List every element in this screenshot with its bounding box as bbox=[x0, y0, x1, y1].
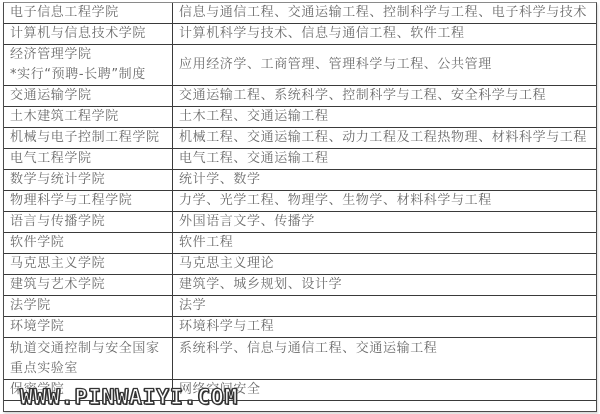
majors-cell: 土木工程、交通运输工程 bbox=[173, 107, 597, 128]
college-name: 软件学院 bbox=[10, 233, 172, 253]
college-cell: 土木建筑工程学院 bbox=[4, 107, 173, 128]
majors-cell: 马克思主义理论 bbox=[173, 254, 597, 275]
table-row: 保密学院 网络空间安全 bbox=[4, 380, 596, 401]
college-cell: 法学院 bbox=[4, 296, 173, 317]
majors-cell: 环境科学与工程 bbox=[173, 317, 597, 338]
college-name: 法学院 bbox=[10, 296, 172, 316]
majors-cell: 机械工程、交通运输工程、动力工程及工程热物理、材料科学与工程 bbox=[173, 128, 597, 149]
college-cell: 建筑与艺术学院 bbox=[4, 275, 173, 296]
table-row: 建筑与艺术学院 建筑学、城乡规划、设计学 bbox=[4, 275, 596, 296]
table-row: 轨道交通控制与安全国家 重点实验室 系统科学、信息与通信工程、交通运输工程 bbox=[4, 338, 596, 380]
majors-cell: 信息与通信工程、交通运输工程、控制科学与工程、电子科学与技术 bbox=[173, 3, 597, 24]
college-note: *实行“预聘-长聘”制度 bbox=[10, 65, 172, 85]
college-name: 物理科学与工程学院 bbox=[10, 191, 172, 211]
college-name: 建筑与艺术学院 bbox=[10, 275, 172, 295]
college-cell: 交通运输学院 bbox=[4, 86, 173, 107]
college-name: 机械与电子控制工程学院 bbox=[10, 128, 172, 148]
college-majors-table: 电子信息工程学院 信息与通信工程、交通运输工程、控制科学与工程、电子科学与技术 … bbox=[4, 3, 596, 401]
college-cell: 数学与统计学院 bbox=[4, 170, 173, 191]
majors-cell: 电气工程、交通运输工程 bbox=[173, 149, 597, 170]
table-row: 计算机与信息技术学院 计算机科学与技术、信息与通信工程、软件工程 bbox=[4, 24, 596, 45]
majors-cell: 系统科学、信息与通信工程、交通运输工程 bbox=[173, 338, 597, 380]
college-cell: 环境学院 bbox=[4, 317, 173, 338]
college-cell: 机械与电子控制工程学院 bbox=[4, 128, 173, 149]
majors-cell: 建筑学、城乡规划、设计学 bbox=[173, 275, 597, 296]
college-name: 语言与传播学院 bbox=[10, 212, 172, 232]
college-cell: 保密学院 bbox=[4, 380, 173, 401]
college-cell: 软件学院 bbox=[4, 233, 173, 254]
table-row: 土木建筑工程学院 土木工程、交通运输工程 bbox=[4, 107, 596, 128]
college-name: 电子信息工程学院 bbox=[10, 3, 172, 23]
college-cell: 物理科学与工程学院 bbox=[4, 191, 173, 212]
college-name: 交通运输学院 bbox=[10, 86, 172, 106]
table-row: 电子信息工程学院 信息与通信工程、交通运输工程、控制科学与工程、电子科学与技术 bbox=[4, 3, 596, 24]
college-cell: 轨道交通控制与安全国家 重点实验室 bbox=[4, 338, 173, 380]
majors-cell: 软件工程 bbox=[173, 233, 597, 254]
college-majors-table-sheet: 电子信息工程学院 信息与通信工程、交通运输工程、控制科学与工程、电子科学与技术 … bbox=[3, 2, 597, 412]
table-row: 交通运输学院 交通运输工程、系统科学、控制科学与工程、安全科学与工程 bbox=[4, 86, 596, 107]
table-row: 经济管理学院 *实行“预聘-长聘”制度 应用经济学、工商管理、管理科学与工程、公… bbox=[4, 45, 596, 86]
college-name: 土木建筑工程学院 bbox=[10, 107, 172, 127]
college-cell: 经济管理学院 *实行“预聘-长聘”制度 bbox=[4, 45, 173, 86]
college-name: 计算机与信息技术学院 bbox=[10, 24, 172, 44]
college-name: 数学与统计学院 bbox=[10, 170, 172, 190]
majors-cell: 应用经济学、工商管理、管理科学与工程、公共管理 bbox=[173, 45, 597, 86]
table-row: 物理科学与工程学院 力学、光学工程、物理学、生物学、材料科学与工程 bbox=[4, 191, 596, 212]
college-name: 经济管理学院 bbox=[10, 45, 172, 65]
majors-cell: 网络空间安全 bbox=[173, 380, 597, 401]
table-row: 电气工程学院 电气工程、交通运输工程 bbox=[4, 149, 596, 170]
table-row: 法学院 法学 bbox=[4, 296, 596, 317]
college-name: 保密学院 bbox=[10, 380, 172, 400]
college-name: 环境学院 bbox=[10, 317, 172, 337]
college-name: 电气工程学院 bbox=[10, 149, 172, 169]
table-row: 机械与电子控制工程学院 机械工程、交通运输工程、动力工程及工程热物理、材料科学与… bbox=[4, 128, 596, 149]
college-cell: 语言与传播学院 bbox=[4, 212, 173, 233]
college-cell: 电子信息工程学院 bbox=[4, 3, 173, 24]
majors-cell: 力学、光学工程、物理学、生物学、材料科学与工程 bbox=[173, 191, 597, 212]
majors-cell: 法学 bbox=[173, 296, 597, 317]
college-name: 马克思主义学院 bbox=[10, 254, 172, 274]
majors-cell: 计算机科学与技术、信息与通信工程、软件工程 bbox=[173, 24, 597, 45]
college-name: 轨道交通控制与安全国家 bbox=[10, 339, 172, 359]
majors-cell: 统计学、数学 bbox=[173, 170, 597, 191]
table-row: 数学与统计学院 统计学、数学 bbox=[4, 170, 596, 191]
college-cell: 马克思主义学院 bbox=[4, 254, 173, 275]
table-row: 语言与传播学院 外国语言文学、传播学 bbox=[4, 212, 596, 233]
majors-cell: 外国语言文学、传播学 bbox=[173, 212, 597, 233]
table-row: 马克思主义学院 马克思主义理论 bbox=[4, 254, 596, 275]
college-name-cont: 重点实验室 bbox=[10, 359, 172, 379]
college-cell: 电气工程学院 bbox=[4, 149, 173, 170]
college-cell: 计算机与信息技术学院 bbox=[4, 24, 173, 45]
table-row: 环境学院 环境科学与工程 bbox=[4, 317, 596, 338]
majors-cell: 交通运输工程、系统科学、控制科学与工程、安全科学与工程 bbox=[173, 86, 597, 107]
table-row: 软件学院 软件工程 bbox=[4, 233, 596, 254]
